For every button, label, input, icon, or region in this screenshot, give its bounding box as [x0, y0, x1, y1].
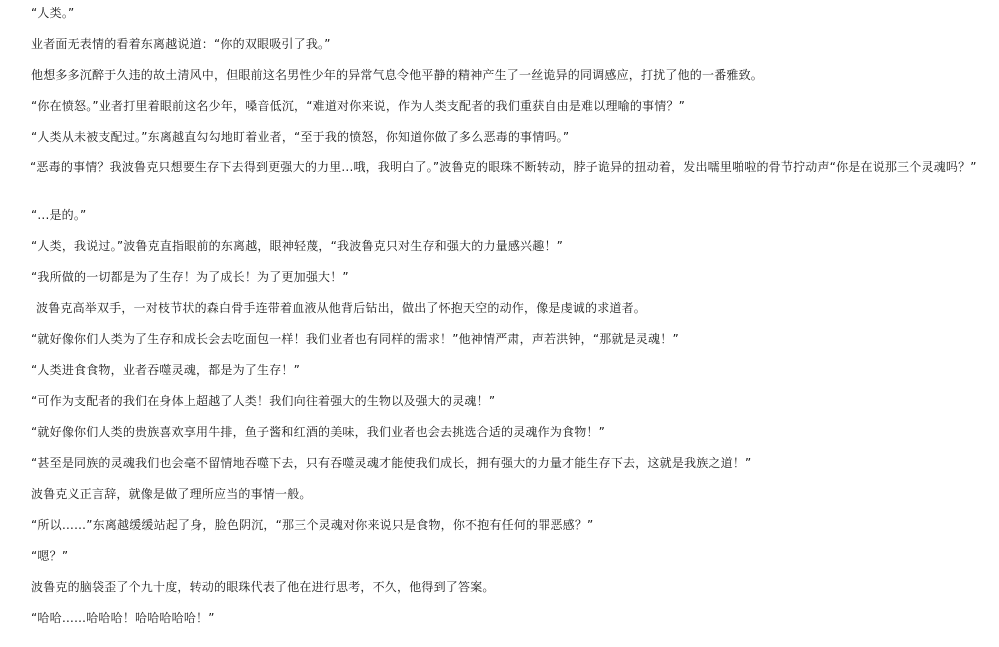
paragraph: “恶毒的事情？我波鲁克只想要生存下去得到更强大的力里...哦，我明白了。”波鲁克…	[4, 159, 984, 175]
paragraph: “就好像你们人类为了生存和成长会去吃面包一样！我们业者也有同样的需求！”他神情严…	[31, 331, 679, 347]
paragraph: “人类从未被支配过。”东离越直勾勾地盯着业者，“至于我的愤怒，你知道你做了多么恶…	[31, 129, 569, 145]
paragraph: 波鲁克的脑袋歪了个九十度，转动的眼珠代表了他在进行思考，不久，他得到了答案。	[31, 579, 495, 595]
paragraph: “你在愤怒。”业者打里着眼前这名少年，嗓音低沉，“难道对你来说，作为人类支配者的…	[31, 98, 685, 114]
paragraph: “人类进食食物，业者吞噬灵魂，都是为了生存！”	[31, 362, 300, 378]
paragraph: “所以……”东离越缓缓站起了身，脸色阴沉，“那三个灵魂对你来说只是食物，你不抱有…	[31, 517, 593, 533]
paragraph: “人类，我说过。”波鲁克直指眼前的东离越，眼神轻蔑，“我波鲁克只对生存和强大的力…	[31, 238, 563, 254]
paragraph: “我所做的一切都是为了生存！为了成长！为了更加强大！”	[31, 269, 349, 285]
paragraph: “人类。”	[31, 5, 74, 21]
paragraph: “可作为支配者的我们在身体上超越了人类！我们向往着强大的生物以及强大的灵魂！”	[31, 393, 495, 409]
paragraph: 他想多多沉醉于久违的故土清风中，但眼前这名男性少年的异常气息令他平静的精神产生了…	[31, 67, 763, 83]
paragraph: 业者面无表情的看着东离越说道：“你的双眼吸引了我。”	[31, 36, 331, 52]
paragraph: “哈哈……哈哈哈！哈哈哈哈哈！”	[31, 610, 215, 626]
paragraph: “就好像你们人类的贵族喜欢享用牛排，鱼子酱和红酒的美味，我们业者也会去挑选合适的…	[31, 424, 605, 440]
paragraph: 波鲁克高举双手，一对枝节状的森白骨手连带着血液从他背后钻出，做出了怀抱天空的动作…	[36, 300, 646, 316]
paragraph: “...是的。”	[31, 207, 86, 223]
paragraph: “甚至是同族的灵魂我们也会毫不留情地吞噬下去，只有吞噬灵魂才能使我们成长，拥有强…	[31, 455, 751, 471]
paragraph: “嗯？”	[31, 548, 68, 564]
paragraph: 波鲁克义正言辞，就像是做了理所应当的事情一般。	[31, 486, 312, 502]
